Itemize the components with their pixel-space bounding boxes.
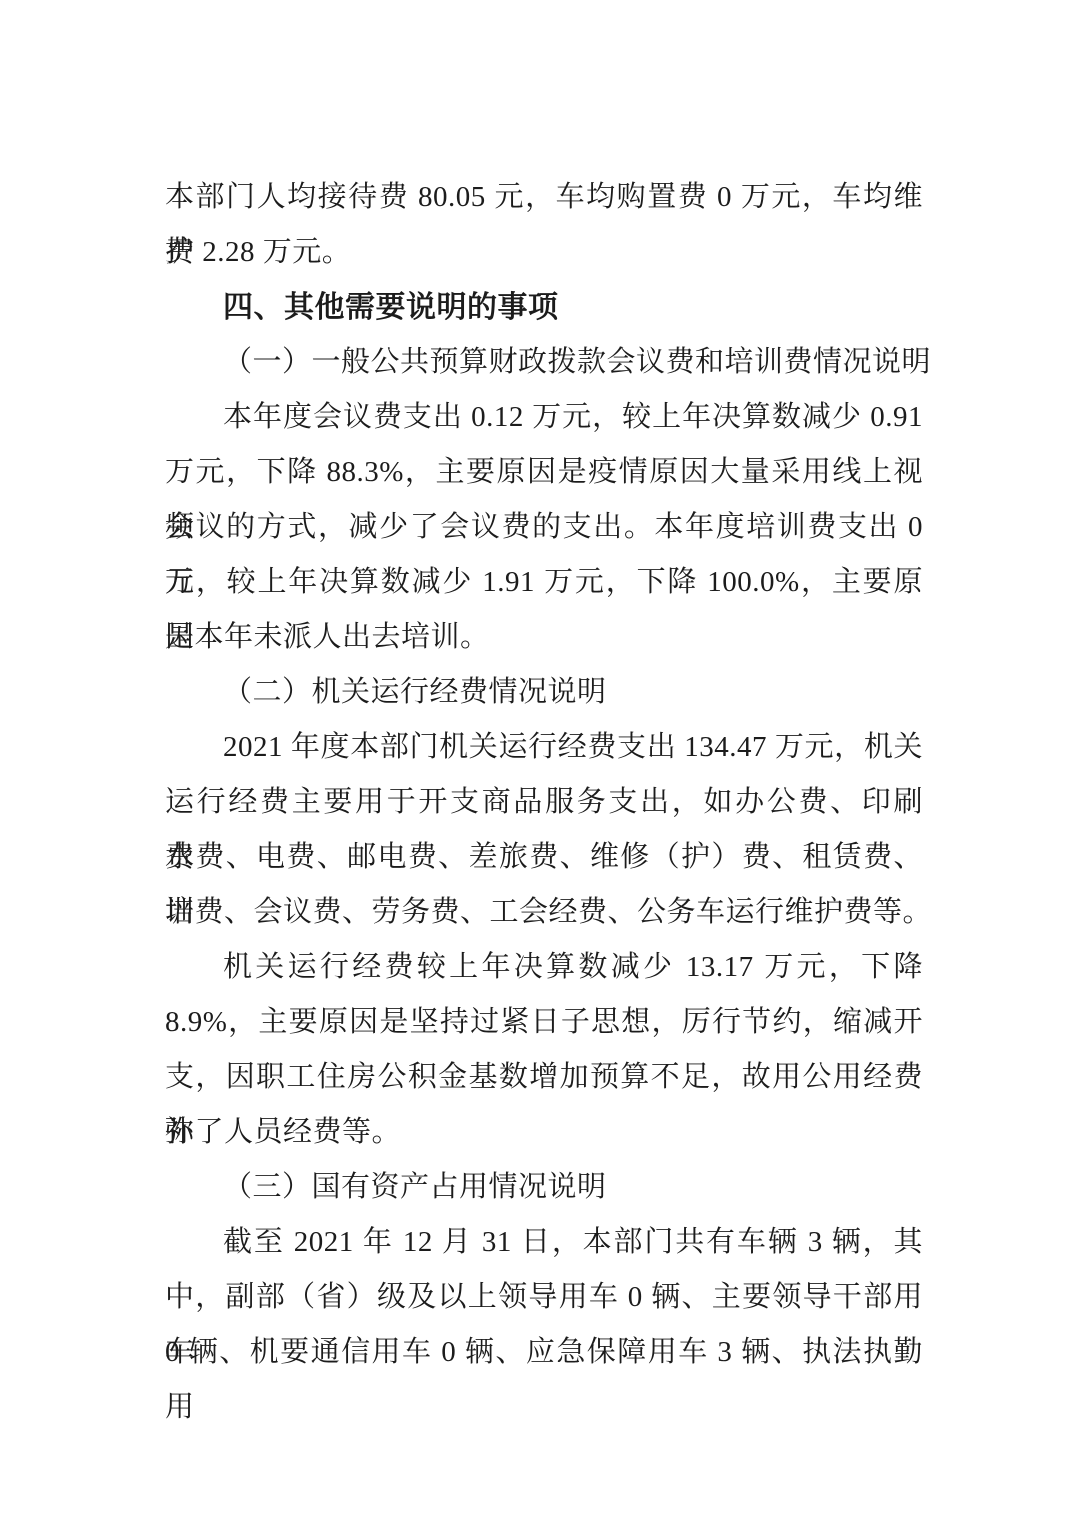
text-line: 运行经费主要用于开支商品服务支出，如办公费、印刷费、 [165, 775, 923, 830]
text-line: （三）国有资产占用情况说明 [165, 1160, 923, 1215]
text-line: 万元，下降 88.3%，主要原因是疫情原因大量采用线上视频 [165, 445, 923, 500]
paragraph: 截至 2021 年 12 月 31 日，本部门共有车辆 3 辆，其中，副部（省）… [165, 1215, 923, 1380]
text-line: 会议的方式，减少了会议费的支出。本年度培训费支出 0 万 [165, 500, 923, 555]
text-line: 训费、会议费、劳务费、工会经费、公务车运行维护费等。 [165, 885, 923, 940]
text-line: 四、其他需要说明的事项 [165, 280, 923, 335]
text-line: 本部门人均接待费 80.05 元，车均购置费 0 万元，车均维护 [165, 170, 923, 225]
paragraph: 2021 年度本部门机关运行经费支出 134.47 万元，机关运行经费主要用于开… [165, 720, 923, 940]
text-line: 本年度会议费支出 0.12 万元，较上年决算数减少 0.91 [165, 390, 923, 445]
text-line: 2021 年度本部门机关运行经费支出 134.47 万元，机关 [165, 720, 923, 775]
text-line: 是本年未派人出去培训。 [165, 610, 923, 665]
text-line: 截至 2021 年 12 月 31 日，本部门共有车辆 3 辆，其 [165, 1215, 923, 1270]
text-line: 费 2.28 万元。 [165, 225, 923, 280]
paragraph: 本年度会议费支出 0.12 万元，较上年决算数减少 0.91万元，下降 88.3… [165, 390, 923, 665]
text-line: 补了人员经费等。 [165, 1105, 923, 1160]
document-page: 本部门人均接待费 80.05 元，车均购置费 0 万元，车均维护费 2.28 万… [0, 0, 1075, 1521]
text-line: 中，副部（省）级及以上领导用车 0 辆、主要领导干部用车 [165, 1270, 923, 1325]
paragraph: 本部门人均接待费 80.05 元，车均购置费 0 万元，车均维护费 2.28 万… [165, 170, 923, 280]
text-line: （二）机关运行经费情况说明 [165, 665, 923, 720]
text-line: 0 辆、机要通信用车 0 辆、应急保障用车 3 辆、执法执勤用 [165, 1325, 923, 1380]
text-line: 元，较上年决算数减少 1.91 万元，下降 100.0%，主要原因 [165, 555, 923, 610]
section-heading: 四、其他需要说明的事项 [165, 280, 923, 335]
subsection-heading: （一）一般公共预算财政拨款会议费和培训费情况说明 [165, 335, 923, 390]
text-line: （一）一般公共预算财政拨款会议费和培训费情况说明 [165, 335, 923, 390]
text-line: 机关运行经费较上年决算数减少 13.17 万元，下降 [165, 940, 923, 995]
text-line: 水费、电费、邮电费、差旅费、维修（护）费、租赁费、培 [165, 830, 923, 885]
subsection-heading: （三）国有资产占用情况说明 [165, 1160, 923, 1215]
text-line: 支，因职工住房公积金基数增加预算不足，故用公用经费弥 [165, 1050, 923, 1105]
text-line: 8.9%，主要原因是坚持过紧日子思想，厉行节约，缩减开 [165, 995, 923, 1050]
paragraph: 机关运行经费较上年决算数减少 13.17 万元，下降8.9%，主要原因是坚持过紧… [165, 940, 923, 1160]
subsection-heading: （二）机关运行经费情况说明 [165, 665, 923, 720]
page-content: 本部门人均接待费 80.05 元，车均购置费 0 万元，车均维护费 2.28 万… [165, 170, 923, 1380]
